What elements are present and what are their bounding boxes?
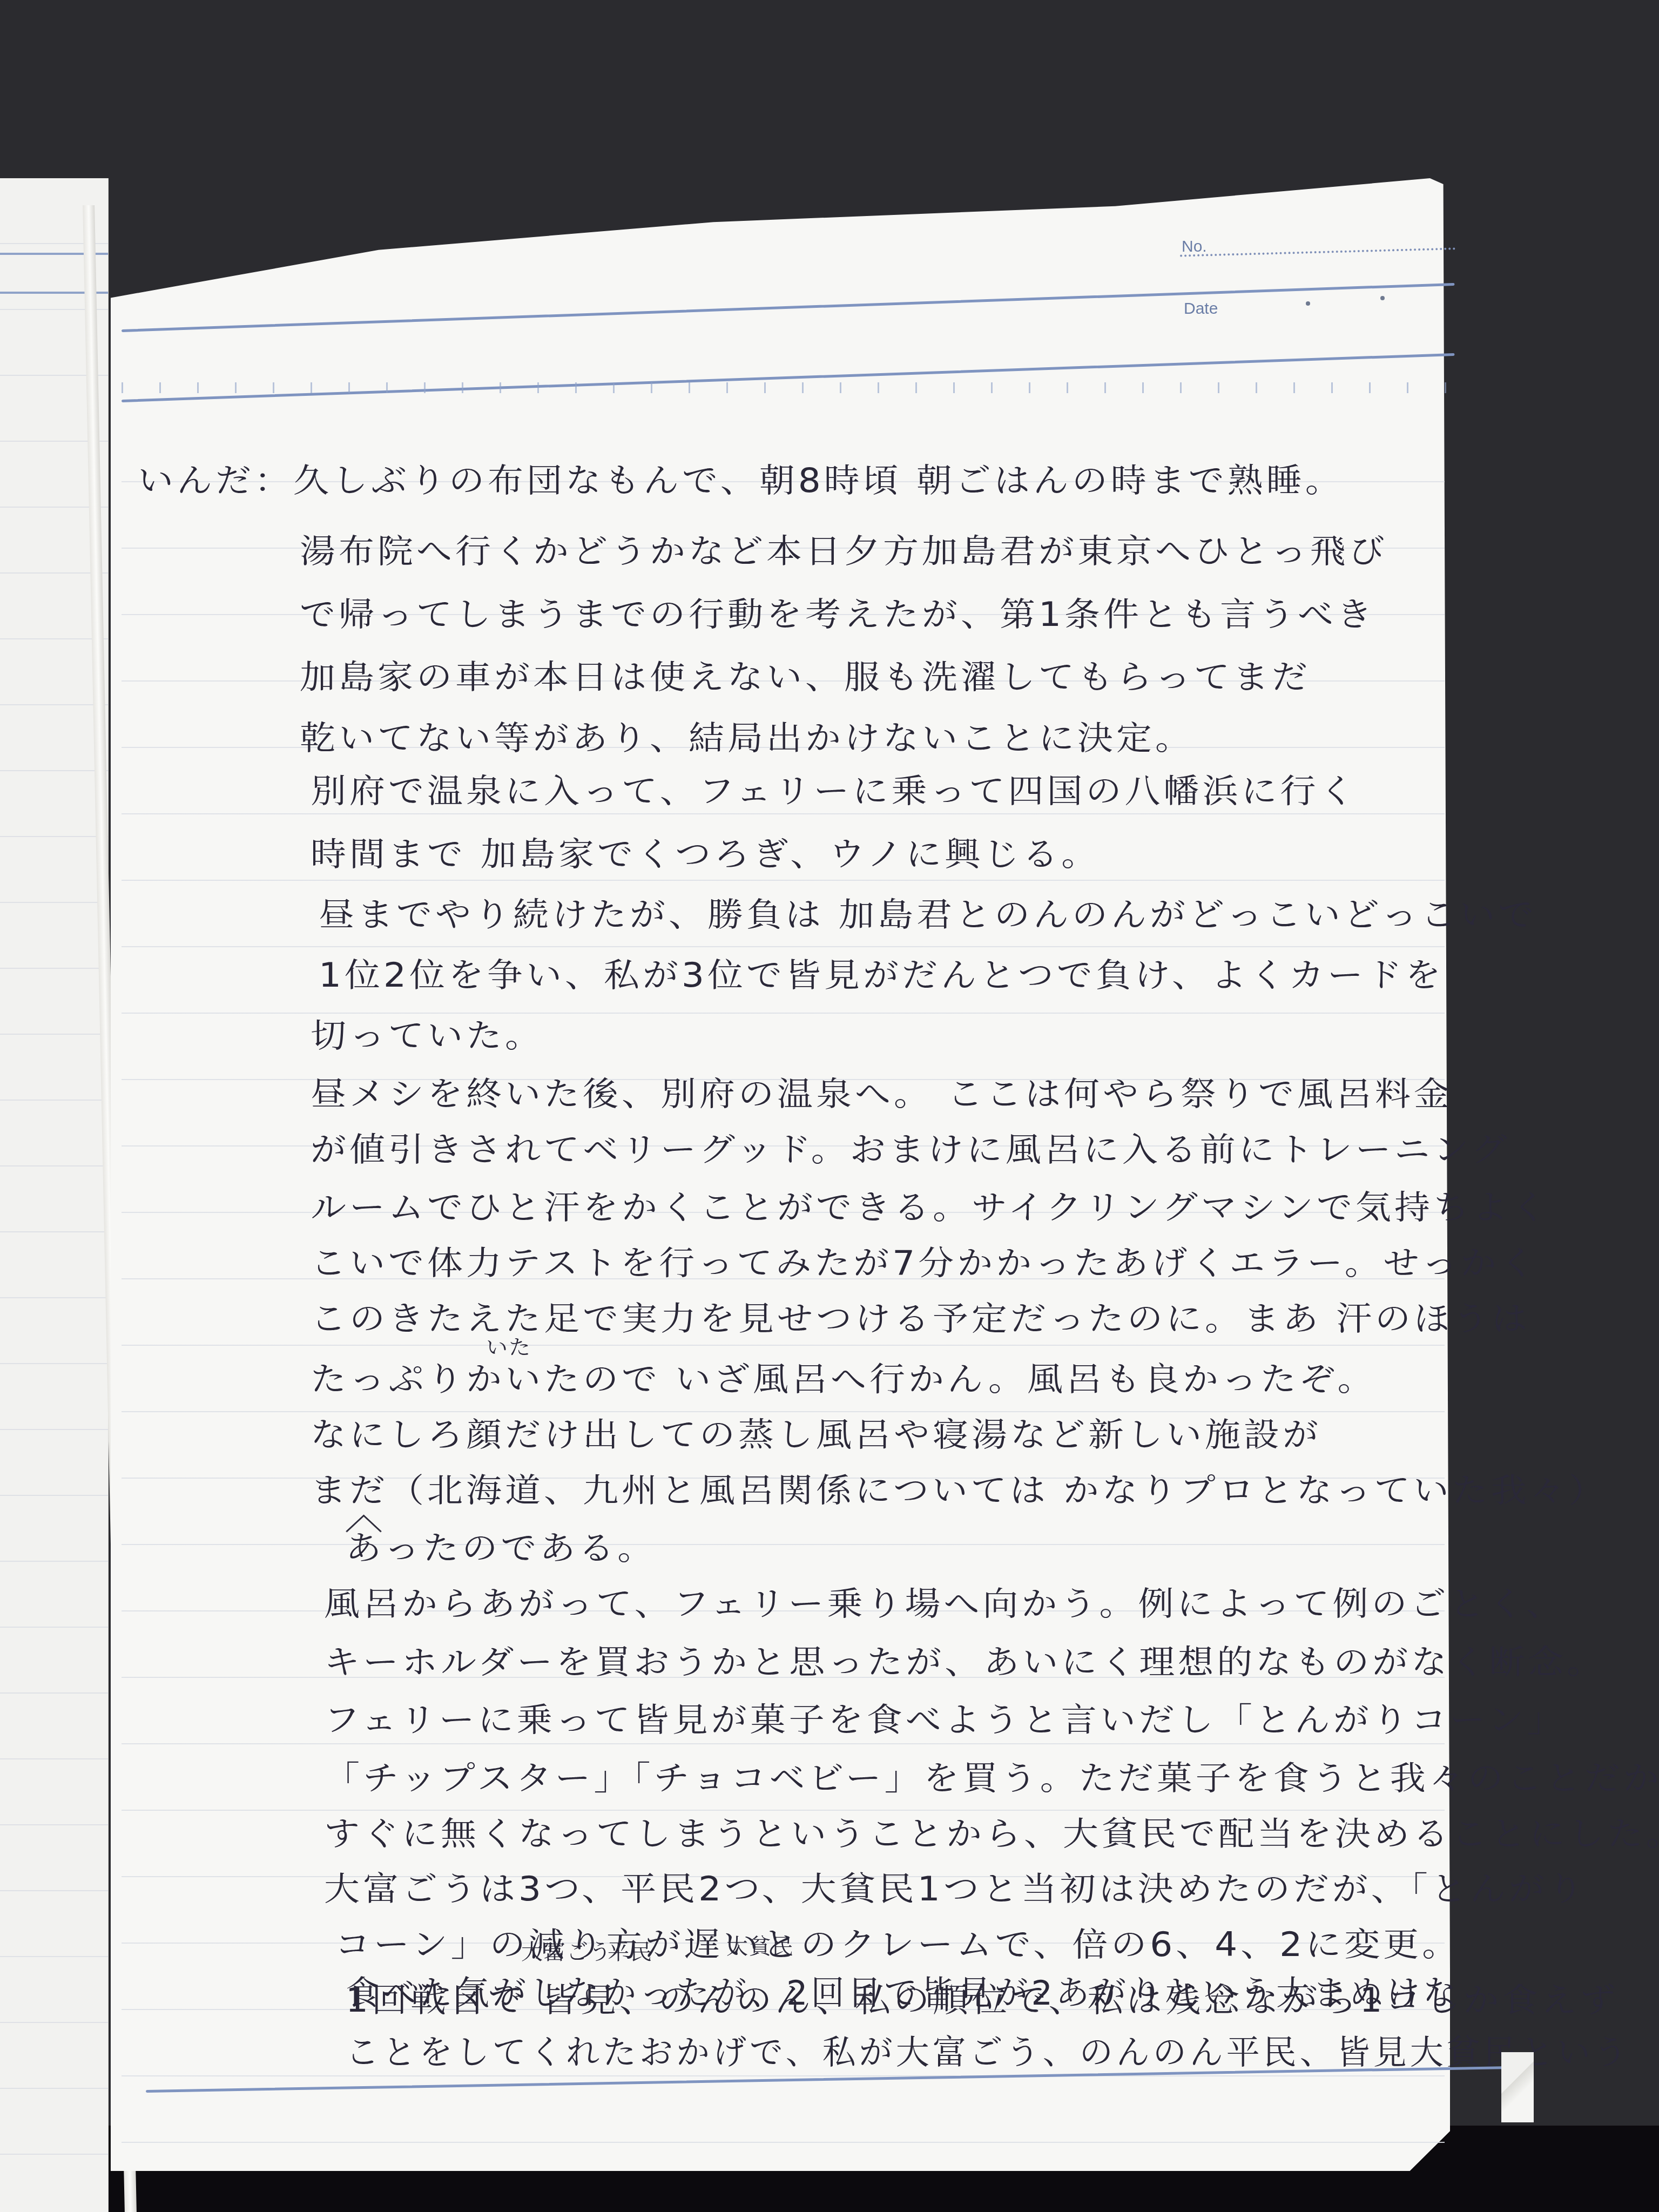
journal-line: 「チップスター」「チョコベビー」を買う。ただ菓子を食うと我々のことだから xyxy=(324,1762,1659,1795)
date-separator-dot xyxy=(1306,301,1310,306)
journal-line: フェリーに乗って皆見が菓子を食べようと言いだし「とんがりコーン」 xyxy=(324,1704,1566,1737)
journal-line: 湯布院へ行くかどうかなど本日夕方加島君が東京へひとっ飛び xyxy=(300,535,1388,568)
journal-line: が値引きされてベリーグッド。おまけに風呂に入る前にトレーニング xyxy=(311,1133,1510,1166)
journal-line: 時間まで 加島家でくつろぎ、ウノに興じる。 xyxy=(311,838,1100,871)
journal-line: 切っていた。 xyxy=(311,1020,544,1053)
journal-line: 1位2位を争い、私が3位で皆見がだんとつで負け、よくカードを xyxy=(319,959,1444,993)
insertion-note: いた xyxy=(486,1338,531,1358)
journal-line: たっぷりかいたので いざ風呂へ行かん。風呂も良かったぞ。 xyxy=(311,1363,1377,1397)
journal-line: なにしろ顔だけ出しての蒸し風呂や寝湯など新しい施設が xyxy=(311,1419,1321,1452)
date-label: Date xyxy=(1184,300,1218,318)
journal-line: まだ（北海道、九州と風呂関係については かなりプロとなっていた我々） xyxy=(311,1474,1608,1507)
journal-line: 乾いてない等があり、結局出かけないことに決定。 xyxy=(300,721,1194,755)
no-label: No. xyxy=(1182,238,1207,256)
journal-line: 大富ごうは3つ、平民2つ、大貧民1つと当初は決めたのだが、「とんがり xyxy=(324,1873,1587,1906)
journal-line: このきたえた足で実力を見せつける予定だったのに。まあ 汗のほうは xyxy=(311,1302,1530,1336)
rank-label: 大富ごう xyxy=(521,1941,612,1963)
journal-line: こいで体力テストを行ってみたが7分かかったあげくエラー。せっかく xyxy=(311,1247,1538,1280)
journal-line: 風呂からあがって、フェリー乗り場へ向かう。例によって例のごとく、 xyxy=(324,1588,1565,1621)
journal-line: 別府で温泉に入って、フェリーに乗って四国の八幡浜に行く xyxy=(311,774,1358,808)
journal-line: 食べた気がしなかったが、2回目で皆見が2あがりという大まぬけな xyxy=(346,1977,1460,2010)
date-separator-dot xyxy=(1380,296,1385,300)
rank-label: 大貧民 xyxy=(726,1936,794,1958)
folded-page-corner xyxy=(1501,2052,1534,2122)
journal-line: いんだ：久しぶりの布団なもんで、朝8時頃 朝ごはんの時まで熟睡。 xyxy=(138,464,1344,497)
ruler-ticks-top xyxy=(122,382,1450,393)
journal-line: 加島家の車が本日は使えない、服も洗濯してもらってまだ xyxy=(300,661,1311,694)
journal-line: キーホルダーを買おうかと思ったが、あいにく理想的なものがなく断念。 xyxy=(324,1645,1606,1679)
journal-line: 昼までやり続けたが、勝負は 加島君とのんのんがどっこいどっこいで xyxy=(319,898,1537,932)
journal-line: で帰ってしまうまでの行動を考えたが、第1条件とも言うべき xyxy=(300,598,1375,631)
journal-line: 昼メシを終いた後、別府の温泉へ。 ここは何やら祭りで風呂料金 xyxy=(311,1077,1453,1111)
rank-label: 平民 xyxy=(608,1941,653,1963)
journal-line: ことをしてくれたおかげで、私が大富ごう、のんのん平民、皆見大貧民という xyxy=(346,2036,1630,2069)
journal-line: ルームでひと汗をかくことができる。サイクリングマシンで気持ちよく xyxy=(311,1191,1550,1225)
journal-line: すぐに無くなってしまうということから、大貧民で配当を決めることにした。 xyxy=(324,1817,1659,1851)
journal-line: あったのである。 xyxy=(346,1532,656,1566)
journal-line: コーン」の減り方が遅いとのクレームで、倍の6、4、2に変更。 xyxy=(335,1928,1461,1962)
